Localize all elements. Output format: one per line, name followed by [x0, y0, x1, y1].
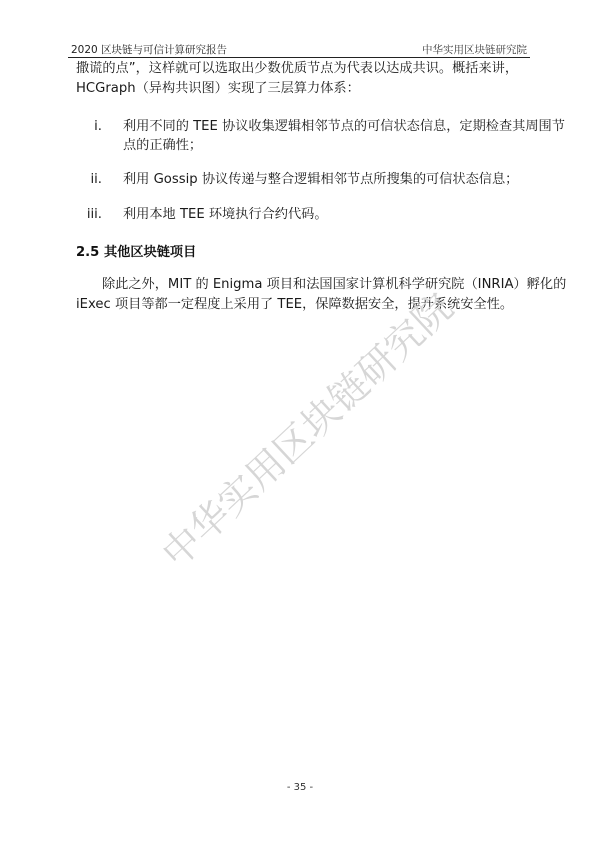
page-header: 2020 区块链与可信计算研究报告 中华实用区块链研究院: [68, 41, 530, 58]
header-organization: 中华实用区块链研究院: [422, 42, 527, 57]
section-paragraph-line-2: iExec 项目等都一定程度上采用了 TEE，保障数据安全，提升系统安全性。: [76, 296, 513, 314]
page-number: - 35 -: [0, 782, 600, 793]
intro-line-1: 撒谎的点”，这样就可以选取出少数优质节点为代表以达成共识。概括来讲，: [76, 60, 518, 78]
watermark-text: 中华实用区块链研究院: [147, 278, 462, 577]
list-item-1-line-1: 利用不同的 TEE 协议收集逻辑相邻节点的可信状态信息，定期检查其周围节: [123, 118, 565, 136]
list-item-2-line-1: 利用 Gossip 协议传递与整合逻辑相邻节点所搜集的可信状态信息；: [123, 171, 518, 189]
header-report-title: 2020 区块链与可信计算研究报告: [71, 42, 227, 57]
list-number-3: iii.: [62, 206, 102, 224]
section-paragraph-line-1: 除此之外，MIT 的 Enigma 项目和法国国家计算机科学研究院（INRIA）…: [102, 276, 566, 294]
list-number-2: ii.: [62, 171, 102, 189]
intro-line-2: HCGraph（异构共识图）实现了三层算力体系：: [76, 80, 360, 98]
list-number-1: i.: [62, 118, 102, 136]
list-item-3-line-1: 利用本地 TEE 环境执行合约代码。: [123, 206, 328, 224]
list-item-1-line-2: 点的正确性；: [123, 137, 202, 155]
document-page: 2020 区块链与可信计算研究报告 中华实用区块链研究院 撒谎的点”，这样就可以…: [0, 0, 600, 848]
section-heading: 2.5 其他区块链项目: [76, 244, 196, 262]
